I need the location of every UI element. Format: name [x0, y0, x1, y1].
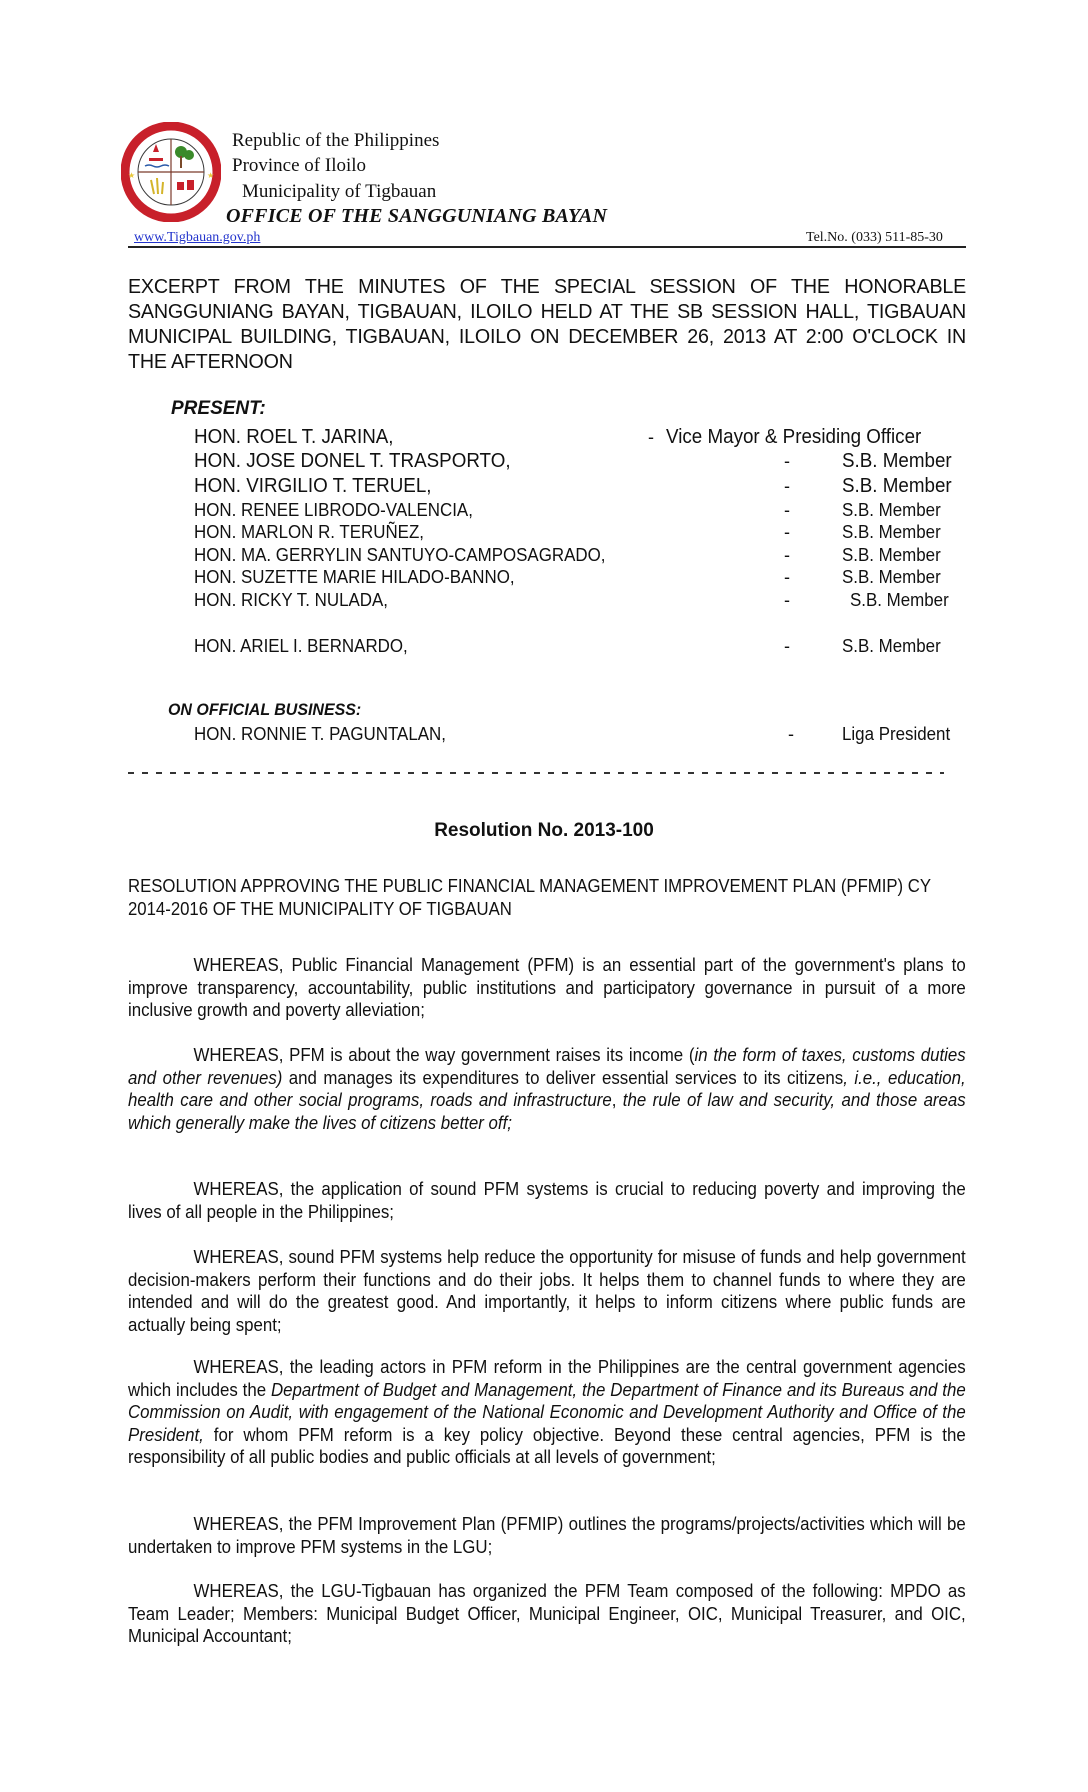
attendee-dash: -: [784, 476, 790, 497]
attendee-role: S.B. Member: [842, 500, 941, 521]
attendee-role: S.B. Member: [842, 475, 952, 498]
whereas-clause: WHEREAS, the LGU-Tigbauan has organized …: [128, 1580, 966, 1648]
municipal-seal-icon: ★ ★: [121, 122, 221, 222]
letterhead-province: Province of Iloilo: [232, 155, 366, 177]
attendee-name: HON. ARIEL I. BERNARDO,: [194, 636, 408, 657]
attendee-name: HON. RONNIE T. PAGUNTALAN,: [194, 724, 446, 745]
attendee-dash: -: [784, 451, 790, 472]
document-page: ★ ★ Republic of the Philippines Province…: [0, 0, 1088, 1792]
present-label: PRESENT:: [171, 398, 266, 420]
whereas-clause: WHEREAS, the leading actors in PFM refor…: [128, 1356, 966, 1469]
attendee-dash: -: [784, 545, 790, 566]
attendee-role: S.B. Member: [842, 636, 941, 657]
telephone-number: Tel.No. (033) 511-85-30: [806, 230, 943, 246]
resolution-heading: RESOLUTION APPROVING THE PUBLIC FINANCIA…: [128, 875, 965, 921]
attendee-role: S.B. Member: [842, 522, 941, 543]
attendee-dash: -: [648, 427, 654, 448]
dashed-separator: [128, 772, 944, 774]
letterhead-republic: Republic of the Philippines: [232, 130, 439, 152]
attendee-dash: -: [784, 590, 790, 611]
attendee-dash: -: [784, 522, 790, 543]
attendee-dash: -: [788, 724, 794, 745]
whereas-clause: WHEREAS, sound PFM systems help reduce t…: [128, 1246, 966, 1336]
letterhead-office: OFFICE OF THE SANGGUNIANG BAYAN: [226, 205, 607, 228]
attendee-name: HON. RICKY T. NULADA,: [194, 590, 388, 611]
attendee-role: S.B. Member: [842, 567, 941, 588]
whereas-clause: WHEREAS, Public Financial Management (PF…: [128, 954, 966, 1022]
attendee-name: HON. MA. GERRYLIN SANTUYO-CAMPOSAGRADO,: [194, 545, 605, 566]
letterhead-municipality: Municipality of Tigbauan: [242, 181, 436, 203]
svg-text:★: ★: [128, 171, 135, 180]
whereas-clause: WHEREAS, the application of sound PFM sy…: [128, 1178, 966, 1223]
attendee-dash: -: [784, 636, 790, 657]
attendee-name: HON. MARLON R. TERUÑEZ,: [194, 522, 424, 543]
attendee-role: Vice Mayor & Presiding Officer: [666, 426, 921, 449]
attendee-role: S.B. Member: [842, 545, 941, 566]
attendee-dash: -: [784, 500, 790, 521]
whereas-clause: WHEREAS, PFM is about the way government…: [128, 1044, 966, 1134]
letterhead-divider: [128, 246, 966, 248]
attendee-role: S.B. Member: [850, 590, 949, 611]
attendee-name: HON. RENEE LIBRODO-VALENCIA,: [194, 500, 473, 521]
minutes-excerpt-heading: EXCERPT FROM THE MINUTES OF THE SPECIAL …: [128, 274, 966, 374]
svg-text:★: ★: [207, 171, 214, 180]
attendee-name: HON. JOSE DONEL T. TRASPORTO,: [194, 450, 511, 473]
resolution-number: Resolution No. 2013-100: [0, 820, 1088, 842]
official-business-label: ON OFFICIAL BUSINESS:: [168, 700, 361, 720]
whereas-clause: WHEREAS, the PFM Improvement Plan (PFMIP…: [128, 1513, 966, 1558]
attendee-name: HON. ROEL T. JARINA,: [194, 426, 394, 449]
attendee-name: HON. VIRGILIO T. TERUEL,: [194, 475, 431, 498]
attendee-role: S.B. Member: [842, 450, 952, 473]
attendee-role: Liga President: [842, 724, 950, 745]
website-link[interactable]: www.Tigbauan.gov.ph: [134, 230, 260, 246]
attendee-name: HON. SUZETTE MARIE HILADO-BANNO,: [194, 567, 515, 588]
attendee-dash: -: [784, 567, 790, 588]
